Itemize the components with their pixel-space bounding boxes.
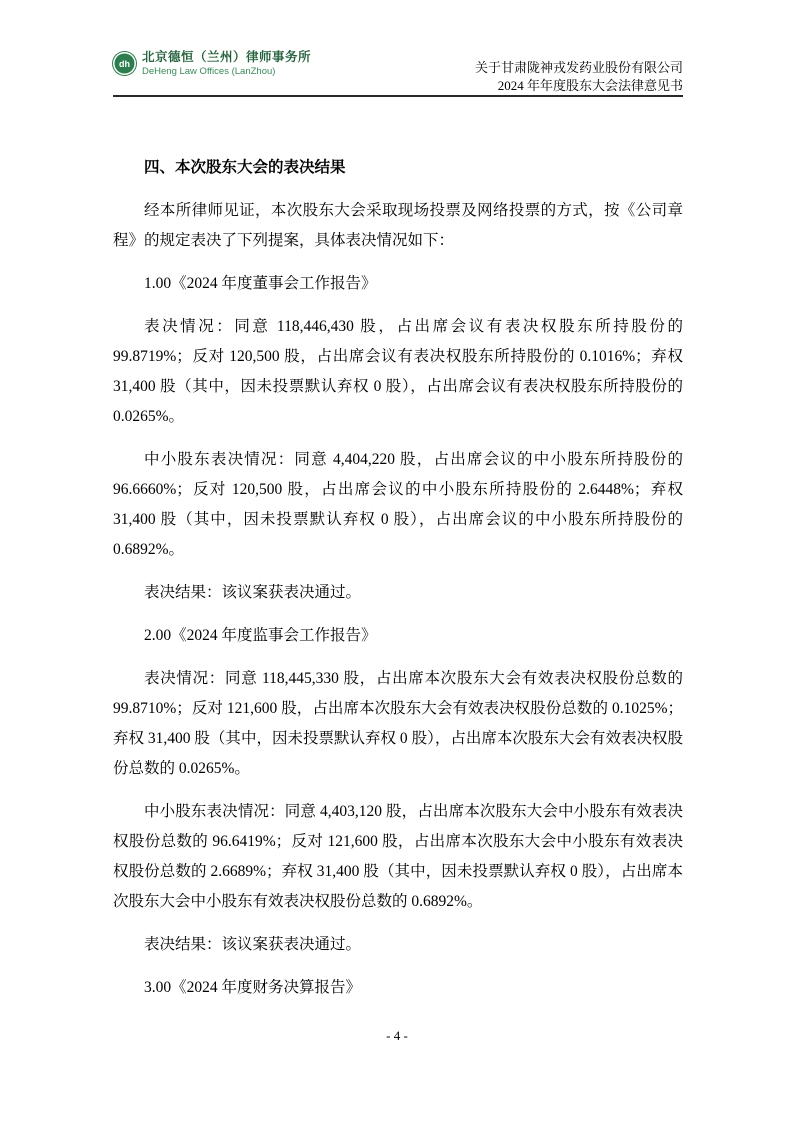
deheng-logo-icon: dh xyxy=(113,52,136,75)
firm-identity: dh 北京德恒（兰州）律师事务所 DeHeng Law Offices (Lan… xyxy=(113,50,311,78)
firm-name-zh: 北京德恒（兰州）律师事务所 xyxy=(142,50,311,65)
doc-reference: 关于甘肃陇神戎发药业股份有限公司 2024 年年度股东大会法律意见书 xyxy=(475,59,683,94)
document-header: dh 北京德恒（兰州）律师事务所 DeHeng Law Offices (Lan… xyxy=(113,50,683,94)
doc-reference-line-1: 关于甘肃陇神戎发药业股份有限公司 xyxy=(475,59,683,77)
document-paragraphs: 经本所律师见证，本次股东大会采取现场投票及网络投票的方式，按《公司章程》的规定表… xyxy=(113,196,683,1003)
document-page: dh 北京德恒（兰州）律师事务所 DeHeng Law Offices (Lan… xyxy=(0,0,794,1122)
item-1-result: 表决结果：该议案获表决通过。 xyxy=(113,578,683,608)
intro-paragraph: 经本所律师见证，本次股东大会采取现场投票及网络投票的方式，按《公司章程》的规定表… xyxy=(113,196,683,256)
item-2-title: 2.00《2024 年度监事会工作报告》 xyxy=(113,621,683,651)
page-number: - 4 - xyxy=(0,1028,794,1044)
firm-name-en: DeHeng Law Offices (LanZhou) xyxy=(142,65,311,78)
item-2-vote: 表决情况：同意 118,445,330 股，占出席本次股东大会有效表决权股份总数… xyxy=(113,664,683,784)
header-rule xyxy=(113,95,683,97)
item-3-title: 3.00《2024 年度财务决算报告》 xyxy=(113,973,683,1003)
item-1-vote: 表决情况：同意 118,446,430 股，占出席会议有表决权股东所持股份的 9… xyxy=(113,312,683,432)
doc-reference-line-2: 2024 年年度股东大会法律意见书 xyxy=(475,77,683,95)
item-2-result: 表决结果：该议案获表决通过。 xyxy=(113,930,683,960)
document-body: 四、本次股东大会的表决结果 经本所律师见证，本次股东大会采取现场投票及网络投票的… xyxy=(113,153,683,1016)
firm-names: 北京德恒（兰州）律师事务所 DeHeng Law Offices (LanZho… xyxy=(142,50,311,78)
section-title: 四、本次股东大会的表决结果 xyxy=(113,153,683,183)
item-1-title: 1.00《2024 年度董事会工作报告》 xyxy=(113,269,683,299)
item-2-minority-vote: 中小股东表决情况：同意 4,403,120 股，占出席本次股东大会中小股东有效表… xyxy=(113,797,683,917)
item-1-minority-vote: 中小股东表决情况：同意 4,404,220 股，占出席会议的中小股东所持股份的 … xyxy=(113,445,683,565)
